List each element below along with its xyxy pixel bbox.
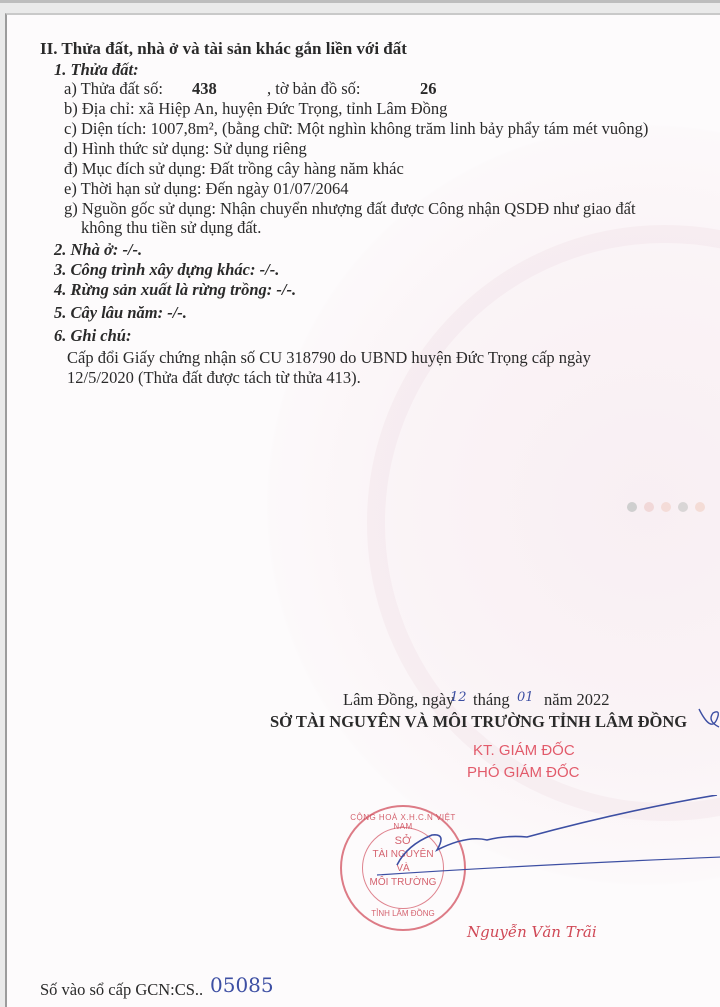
- date-year: năm 2022: [544, 690, 610, 710]
- notes-line-2: 12/5/2020 (Thửa đất được tách từ thửa 41…: [67, 368, 361, 388]
- kt-title: KT. GIÁM ĐỐC: [473, 741, 575, 761]
- section-title: II. Thửa đất, nhà ở và tài sản khác gắn …: [40, 39, 407, 59]
- notes-line-1: Cấp đổi Giấy chứng nhận số CU 318790 do …: [67, 348, 591, 368]
- map-sheet-label: , tờ bản đồ số:: [267, 79, 361, 99]
- date-month: 01: [517, 688, 534, 708]
- registry-label: Số vào sổ cấp GCN:CS..: [40, 980, 203, 1000]
- scan-top-edge: [0, 0, 720, 3]
- date-day: 12: [450, 688, 467, 708]
- certificate-page: II. Thửa đất, nhà ở và tài sản khác gắn …: [5, 13, 720, 1007]
- initial-mark: [697, 705, 720, 735]
- authority-name: SỞ TÀI NGUYÊN VÀ MÔI TRƯỜNG TỈNH LÂM ĐỒN…: [270, 712, 687, 732]
- month-label: tháng: [473, 690, 510, 710]
- land-heading: 1. Thửa đất:: [54, 60, 139, 80]
- use-form: d) Hình thức sử dụng: Sử dụng riêng: [64, 139, 307, 159]
- page-indicator-dots: [627, 502, 705, 512]
- perennial-item: 5. Cây lâu năm: -/-.: [54, 303, 187, 323]
- forest-item: 4. Rừng sản xuất là rừng trồng: -/-.: [54, 280, 296, 300]
- handwritten-signature: [377, 795, 720, 885]
- signer-name: Nguyễn Văn Trãi: [467, 923, 597, 941]
- place-date-prefix: Lâm Đồng, ngày: [343, 690, 454, 710]
- area: c) Diện tích: 1007,8m², (bằng chữ: Một n…: [64, 119, 648, 139]
- origin-line-1: g) Nguồn gốc sử dụng: Nhận chuyển nhượng…: [64, 199, 636, 219]
- origin-line-2: không thu tiền sử dụng đất.: [81, 218, 261, 238]
- map-sheet-number: 26: [420, 79, 437, 99]
- other-construction-item: 3. Công trình xây dựng khác: -/-.: [54, 260, 279, 280]
- registry-number: 05085: [210, 975, 274, 995]
- notes-heading: 6. Ghi chú:: [54, 326, 131, 346]
- term: e) Thời hạn sử dụng: Đến ngày 01/07/2064: [64, 179, 349, 199]
- parcel-number: 438: [192, 79, 217, 99]
- parcel-label: a) Thửa đất số:: [64, 79, 163, 99]
- house-item: 2. Nhà ở: -/-.: [54, 240, 142, 260]
- address: b) Địa chỉ: xã Hiệp An, huyện Đức Trọng,…: [64, 99, 447, 119]
- purpose: đ) Mục đích sử dụng: Đất trồng cây hàng …: [64, 159, 404, 179]
- deputy-title: PHÓ GIÁM ĐỐC: [467, 763, 580, 783]
